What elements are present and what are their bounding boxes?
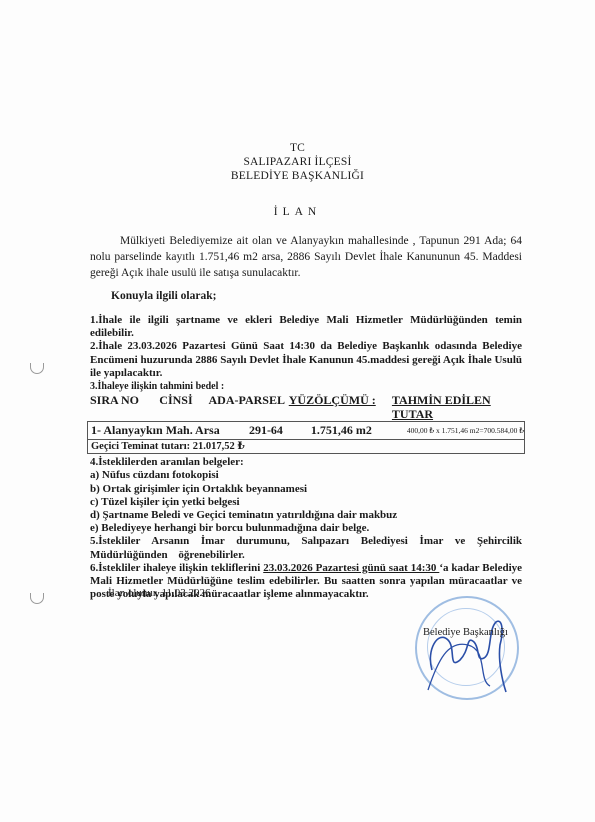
item-6-deadline: 23.03.2026 Pazartesi günü saat 14:30 — [263, 562, 439, 574]
document-title: İLAN — [0, 206, 595, 218]
signer-title: Belediye Başkanlığı — [423, 627, 508, 638]
document-page: TC SALIPAZARI İLÇESİ BELEDİYE BAŞKANLIĞI… — [0, 0, 595, 822]
header-ada-parsel: ADA-PARSEL — [209, 393, 289, 421]
item-1: 1.İhale ile ilgili şartname ve ekleri Be… — [90, 314, 522, 340]
doc-d: d) Şartname Beledi ve Geçici teminatın y… — [90, 509, 522, 522]
document-body: 1.İhale ile ilgili şartname ve ekleri Be… — [90, 314, 522, 601]
table-row: 1- Alanyaykın Mah. Arsa 291-64 1.751,46 … — [88, 422, 524, 439]
table-row-teminat: Geçici Teminat tutarı: 21.017,52 ₺ — [88, 439, 524, 453]
cell-tahmin-tutar: 400,00 ₺ x 1.751,46 m2=700.584,00 ₺ — [407, 424, 524, 437]
punch-hole-mark — [30, 363, 44, 374]
closing-line: İlan olunur. 11.03.2026 — [108, 587, 211, 599]
item-5: 5.İstekliler Arsanın İmar durumunu, Salı… — [90, 535, 522, 561]
punch-hole-mark — [30, 593, 44, 604]
cell-teminat: Geçici Teminat tutarı: 21.017,52 ₺ — [91, 440, 245, 453]
intro-text: Mülkiyeti Belediyemize ait olan ve Alany… — [90, 235, 522, 279]
subheading: Konuyla ilgili olarak; — [111, 290, 216, 302]
doc-b: b) Ortak girişimler için Ortaklık beyann… — [90, 483, 522, 496]
header-line-municipality: BELEDİYE BAŞKANLIĞI — [0, 169, 595, 183]
doc-c: c) Tüzel kişiler için yetki belgesi — [90, 496, 522, 509]
intro-paragraph: Mülkiyeti Belediyemize ait olan ve Alany… — [90, 233, 522, 281]
header-yuzolcumu: YÜZÖLÇÜMÜ : — [289, 393, 380, 421]
table-header: SIRA NO CİNSİ ADA-PARSEL YÜZÖLÇÜMÜ : TAH… — [90, 393, 522, 421]
header-cinsi: CİNSİ — [159, 393, 208, 421]
item-2: 2.İhale 23.03.2026 Pazartesi Günü Saat 1… — [90, 340, 522, 380]
item-3: 3.İhaleye ilişkin tahmini bedel : — [90, 380, 522, 393]
cell-yuzolcumu: 1.751,46 m2 — [311, 424, 407, 437]
price-table: 1- Alanyaykın Mah. Arsa 291-64 1.751,46 … — [87, 421, 525, 454]
doc-a: a) Nüfus cüzdanı fotokopisi — [90, 469, 522, 482]
item-4: 4.İsteklilerden aranılan belgeler: — [90, 456, 522, 469]
document-header: TC SALIPAZARI İLÇESİ BELEDİYE BAŞKANLIĞI — [0, 141, 595, 183]
header-line-district: SALIPAZARI İLÇESİ — [0, 155, 595, 169]
cell-ada-parsel: 291-64 — [249, 424, 311, 437]
cell-cinsi: 1- Alanyaykın Mah. Arsa — [91, 424, 249, 437]
signature-icon — [418, 600, 518, 700]
item-6-prefix: 6.İstekliler ihaleye ilişkin tekliflerin… — [90, 562, 263, 574]
header-tahmin-tutar: TAHMİN EDİLEN TUTAR — [380, 393, 522, 421]
header-line-tc: TC — [0, 141, 595, 155]
header-sira-no: SIRA NO — [90, 393, 159, 421]
doc-e: e) Belediyeye herhangi bir borcu bulunma… — [90, 522, 522, 535]
